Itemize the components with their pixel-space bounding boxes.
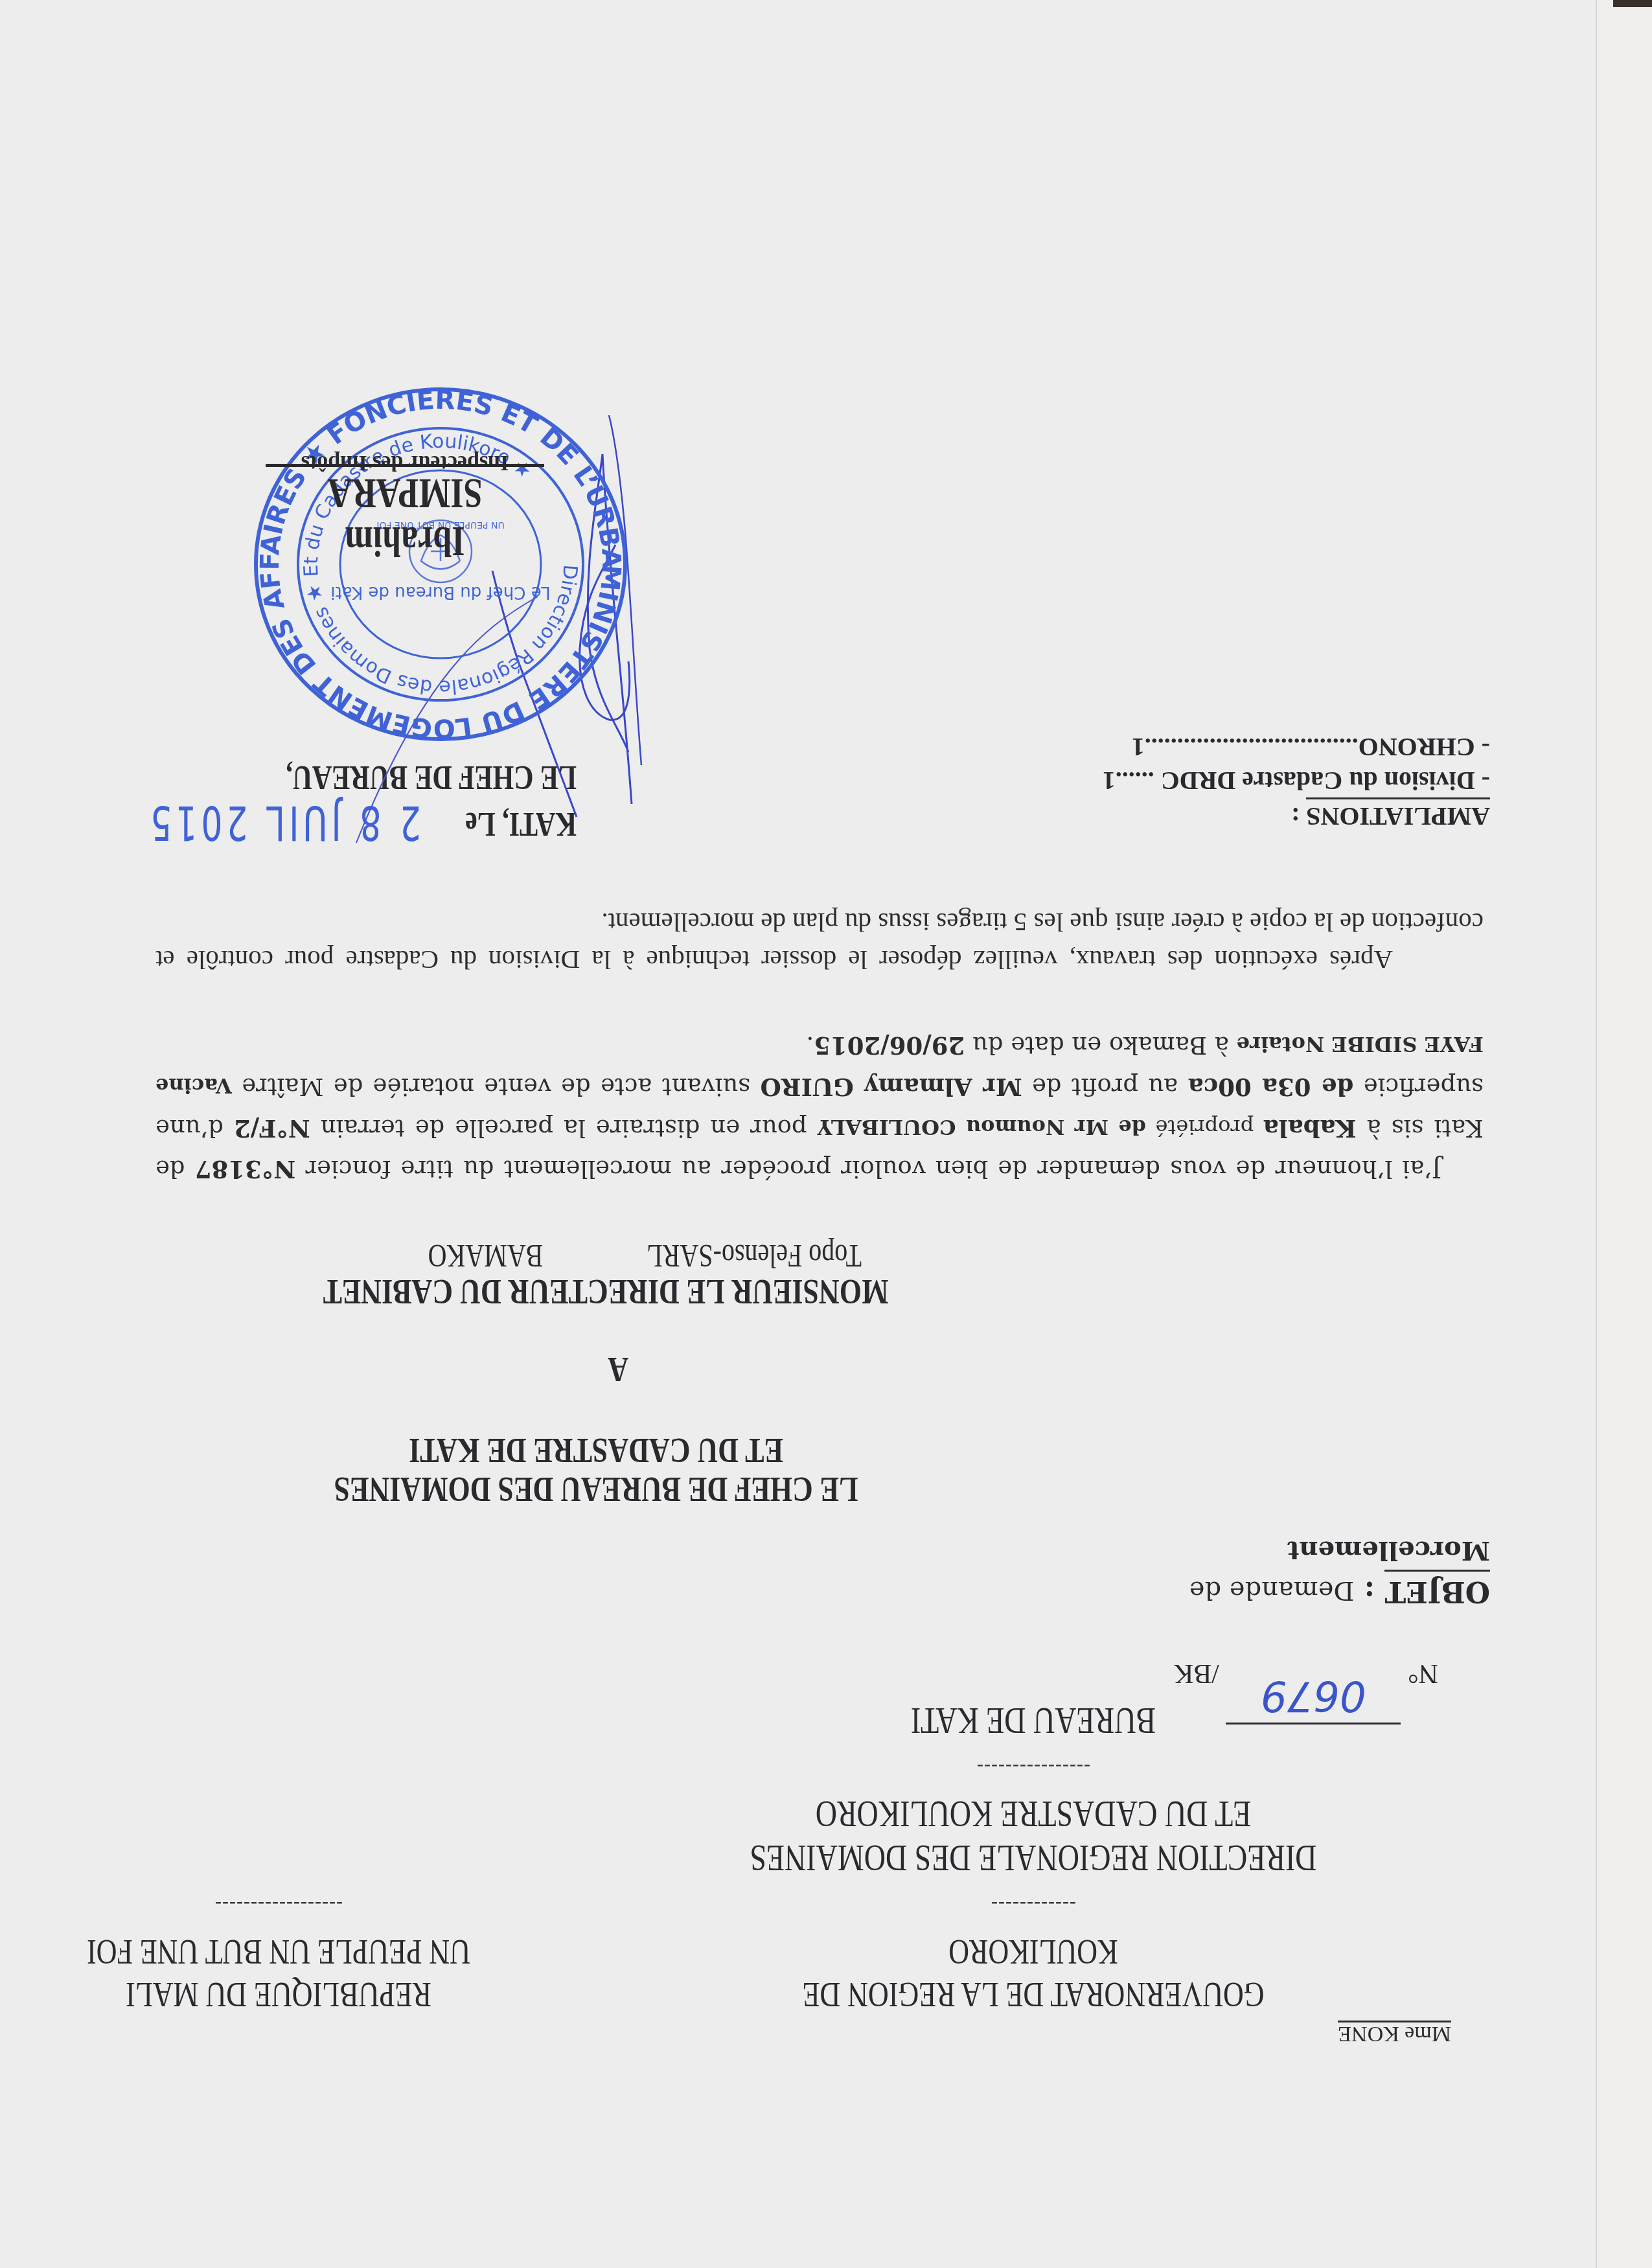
header-separator: ---------------- <box>661 1757 1406 1776</box>
para-text: . <box>806 1031 814 1059</box>
ampliations-colon: : <box>1291 802 1306 831</box>
header-koulikoro: KOULIKORO <box>661 1934 1406 1969</box>
official-stamp: MINISTERE DU LOGEMENT DES AFFAIRES ★ FON… <box>246 383 635 746</box>
header-cadastre: ET DU CADASTRE KOULIKORO <box>661 1795 1406 1833</box>
para-text: propriété <box>1146 1115 1263 1140</box>
ampliations-title: AMPLIATIONS <box>1306 797 1490 833</box>
sender-line1: LE CHEF DE BUREAU DES DOMAINES <box>240 1471 952 1507</box>
header-separator: ------------------ <box>32 1894 525 1914</box>
to-label: A <box>608 1351 628 1387</box>
recipient-city: BAMAKO <box>428 1239 544 1272</box>
left-header: GOUVERNORAT DE LA REGION DE KOULIKORO --… <box>661 1709 1406 2012</box>
para-text: suivant acte de vente notariée de Maître <box>232 1073 761 1101</box>
parcel-number: N°F/2 <box>234 1114 310 1143</box>
signatory-name-block: Ibrahim SIMPARA Inspecteur des Impôts <box>266 450 544 564</box>
para-text: au profit de <box>1022 1073 1188 1101</box>
header-direction: DIRECTION REGIONALE DES DOMAINES <box>661 1839 1406 1877</box>
para-text: J’ai l’honneur de vous demander de bien … <box>295 1155 1441 1183</box>
header-gouvernorat: GOUVERNORAT DE LA REGION DE <box>661 1976 1406 2012</box>
header-republique: REPUBLIQUE DU MALI <box>32 1976 525 2012</box>
owner-name: de Mr Noumou COULIBALY <box>818 1115 1146 1140</box>
area: de 03a 00ca <box>1188 1073 1354 1101</box>
paragraph-request: J’ai l’honneur de vous demander de bien … <box>155 1024 1484 1189</box>
header-separator: ------------ <box>661 1894 1406 1914</box>
location: Kabala <box>1263 1114 1357 1143</box>
paper-edge <box>1596 0 1652 2268</box>
reference-prefix: N° <box>1408 1658 1438 1688</box>
para-text: pour en distraire la parcelle de terrain <box>310 1114 818 1142</box>
right-header: REPUBLIQUE DU MALI UN PEUPLE UN BUT UNE … <box>32 1894 525 2012</box>
deed-date: 29/06/2015 <box>814 1031 965 1060</box>
sender-line2: ET DU CADASTRE DE KATI <box>240 1432 952 1468</box>
reference-suffix: /BK <box>1174 1658 1219 1688</box>
ampliation-item: - Division du Cadastre DRDC ......1 <box>1103 764 1490 797</box>
objet-value: Demande de <box>1189 1575 1355 1605</box>
para-text: à Bamako en date du <box>965 1031 1236 1059</box>
titre-foncier-number: N°3187 <box>195 1155 295 1184</box>
annotation-mme-kone: Mme KONE <box>1338 2021 1451 2045</box>
ampliations-block: AMPLIATIONS : - Division du Cadastre DRD… <box>1103 730 1490 833</box>
scan-border <box>1613 0 1652 7</box>
recipient-company: Topo Felenso-SARL <box>647 1239 862 1272</box>
handwritten-number: 0679 <box>1261 1671 1366 1719</box>
ampliation-item: - CHRONO................................… <box>1103 730 1490 764</box>
paragraph-instructions: Aprés exécution des travaux, veuillez dé… <box>155 904 1484 979</box>
sender-block: LE CHEF DE BUREAU DES DOMAINES ET DU CAD… <box>240 1439 952 1507</box>
objet-value-2: Morcellement <box>1189 1531 1490 1570</box>
stamp-inner-text: Le Chef du Bureau de Kati <box>330 582 550 602</box>
objet-colon: : <box>1354 1575 1384 1608</box>
recipient-block: MONSIEUR LE DIRECTEUR DU CABINET Topo Fe… <box>240 1246 972 1309</box>
beneficiary-name: Mr Almamy GUIRO <box>761 1073 1022 1101</box>
reference-number: N° 0679 /BK <box>1174 1658 1438 1701</box>
header-devise: UN PEUPLE UN BUT UNE FOI <box>32 1934 525 1969</box>
recipient-title: MONSIEUR LE DIRECTEUR DU CABINET <box>240 1274 972 1309</box>
annotation-text: Mme KONE <box>1338 2021 1451 2045</box>
objet-label: OBJET <box>1384 1570 1490 1610</box>
scanned-letter-page: Mme KONE GOUVERNORAT DE LA REGION DE KOU… <box>0 0 1652 2268</box>
signatory-name: Ibrahim SIMPARA <box>266 464 544 564</box>
objet-block: OBJET : Demande de Morcellement <box>1189 1531 1490 1610</box>
